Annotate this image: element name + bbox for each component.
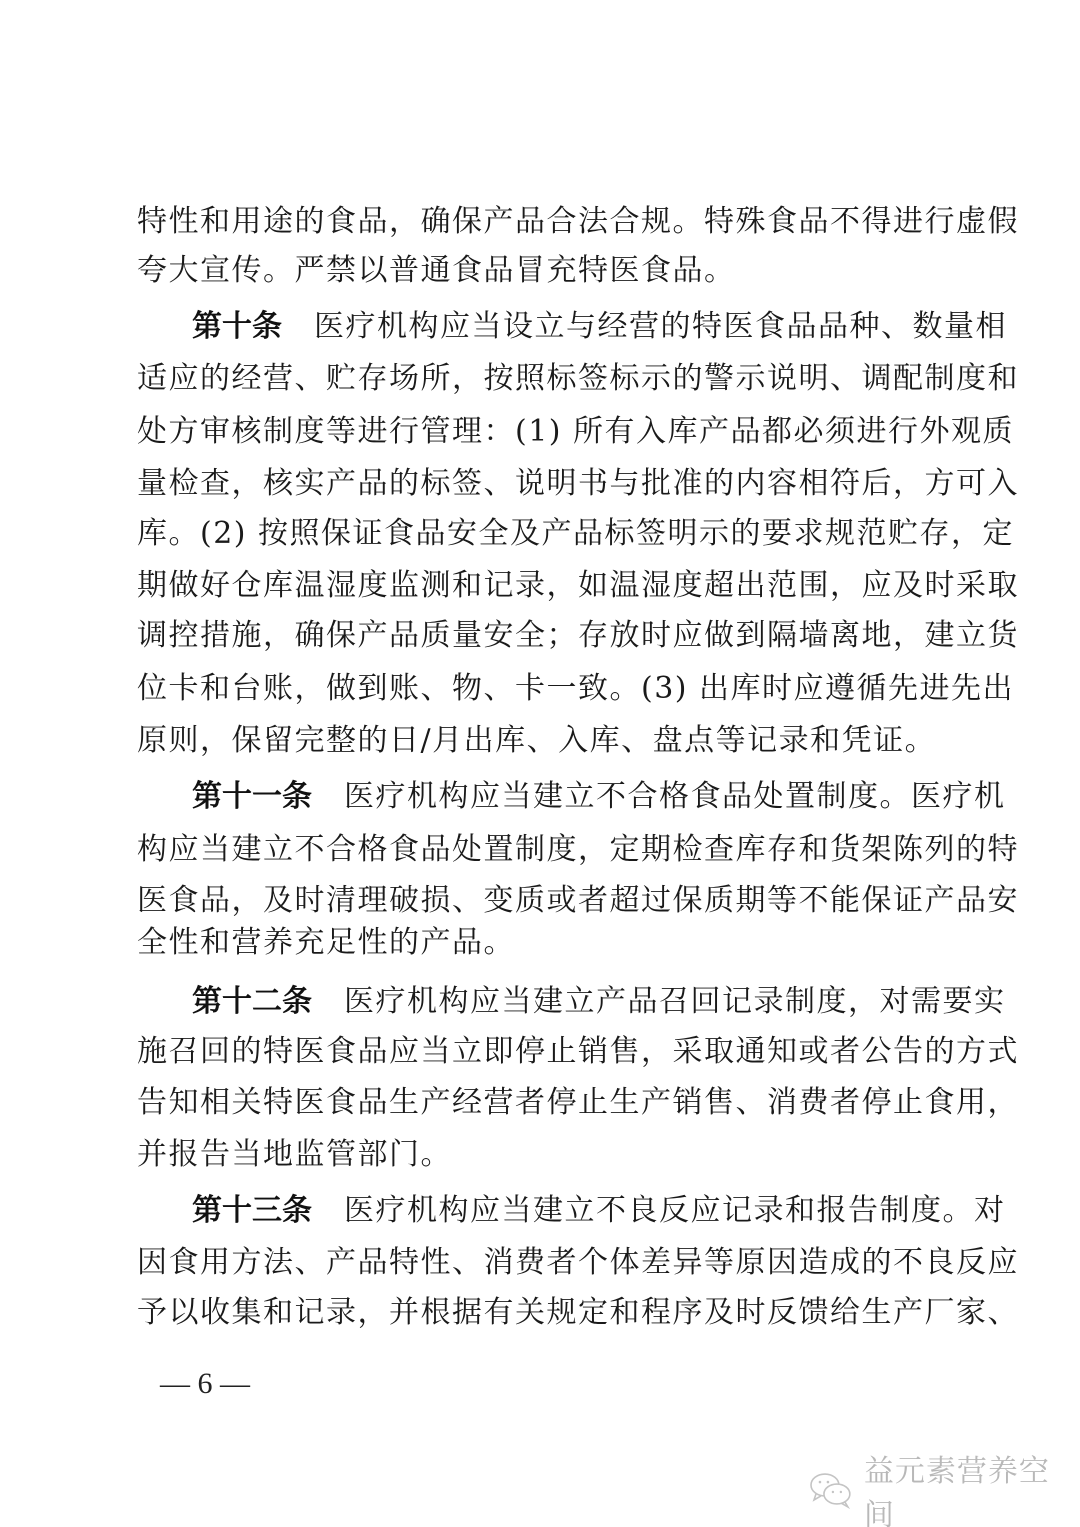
text-line: 调控措施，确保产品质量安全；存放时应做到隔墙离地，建立货 [137,618,937,654]
text-line: 医食品，及时清理破损、变质或者超过保质期等不能保证产品安 [137,883,937,919]
page-number: — 6 — [160,1366,250,1402]
text-line: 医疗机构应当建立不合格食品处置制度。医疗机 [344,779,1006,814]
article-10-heading: 第十条 [192,309,282,344]
text-line: 特性和用途的食品，确保产品合法合规。特殊食品不得进行虚假 [137,204,937,240]
text-line: 医疗机构应当建立产品召回记录制度，对需要实 [344,984,1006,1019]
text-line: 量检查，核实产品的标签、说明书与批准的内容相符后，方可入 [137,466,937,502]
text-line: 予以收集和记录，并根据有关规定和程序及时反馈给生产厂家、 [137,1295,937,1331]
text-line: 施召回的特医食品应当立即停止销售，采取通知或者公告的方式 [137,1034,937,1070]
text-line: 医疗机构应当建立不良反应记录和报告制度。对 [344,1193,1006,1228]
text-line: 告知相关特医食品生产经营者停止生产销售、消费者停止食用， [137,1085,937,1121]
text-line: 构应当建立不合格食品处置制度，定期检查库存和货架陈列的特 [137,832,937,868]
text-line: 适应的经营、贮存场所，按照标签标示的警示说明、调配制度和 [137,361,937,397]
text-line: 夸大宣传。严禁以普通食品冒充特医食品。 [137,253,937,289]
article-13-first-line: 第十三条医疗机构应当建立不良反应记录和报告制度。对 [192,1193,937,1229]
article-13-heading: 第十三条 [192,1193,312,1228]
article-11-first-line: 第十一条医疗机构应当建立不合格食品处置制度。医疗机 [192,779,937,815]
watermark-text: 益元素营养空间 [864,1446,1080,1527]
text-line: 处方审核制度等进行管理：(1) 所有入库产品都必须进行外观质 [137,414,937,450]
text-line: 位卡和台账，做到账、物、卡一致。(3) 出库时应遵循先进先出 [137,671,937,707]
text-line: 因食用方法、产品特性、消费者个体差异等原因造成的不良反应 [137,1245,937,1281]
article-12-heading: 第十二条 [192,984,312,1019]
article-11-heading: 第十一条 [192,779,312,814]
text-line: 原则，保留完整的日/月出库、入库、盘点等记录和凭证。 [137,723,937,759]
text-line: 医疗机构应当设立与经营的特医食品品种、数量相 [314,309,1007,344]
document-page: 特性和用途的食品，确保产品合法合规。特殊食品不得进行虚假 夸大宣传。严禁以普通食… [0,0,1080,1527]
article-10-first-line: 第十条医疗机构应当设立与经营的特医食品品种、数量相 [192,309,937,345]
watermark: 益元素营养空间 [808,1468,1080,1512]
text-line: 库。(2) 按照保证食品安全及产品标签明示的要求规范贮存，定 [137,516,937,552]
wechat-icon [808,1470,854,1510]
article-12-first-line: 第十二条医疗机构应当建立产品召回记录制度，对需要实 [192,984,937,1020]
text-line: 并报告当地监管部门。 [137,1137,937,1173]
text-line: 期做好仓库温湿度监测和记录，如温湿度超出范围，应及时采取 [137,568,937,604]
text-line: 全性和营养充足性的产品。 [137,925,937,961]
